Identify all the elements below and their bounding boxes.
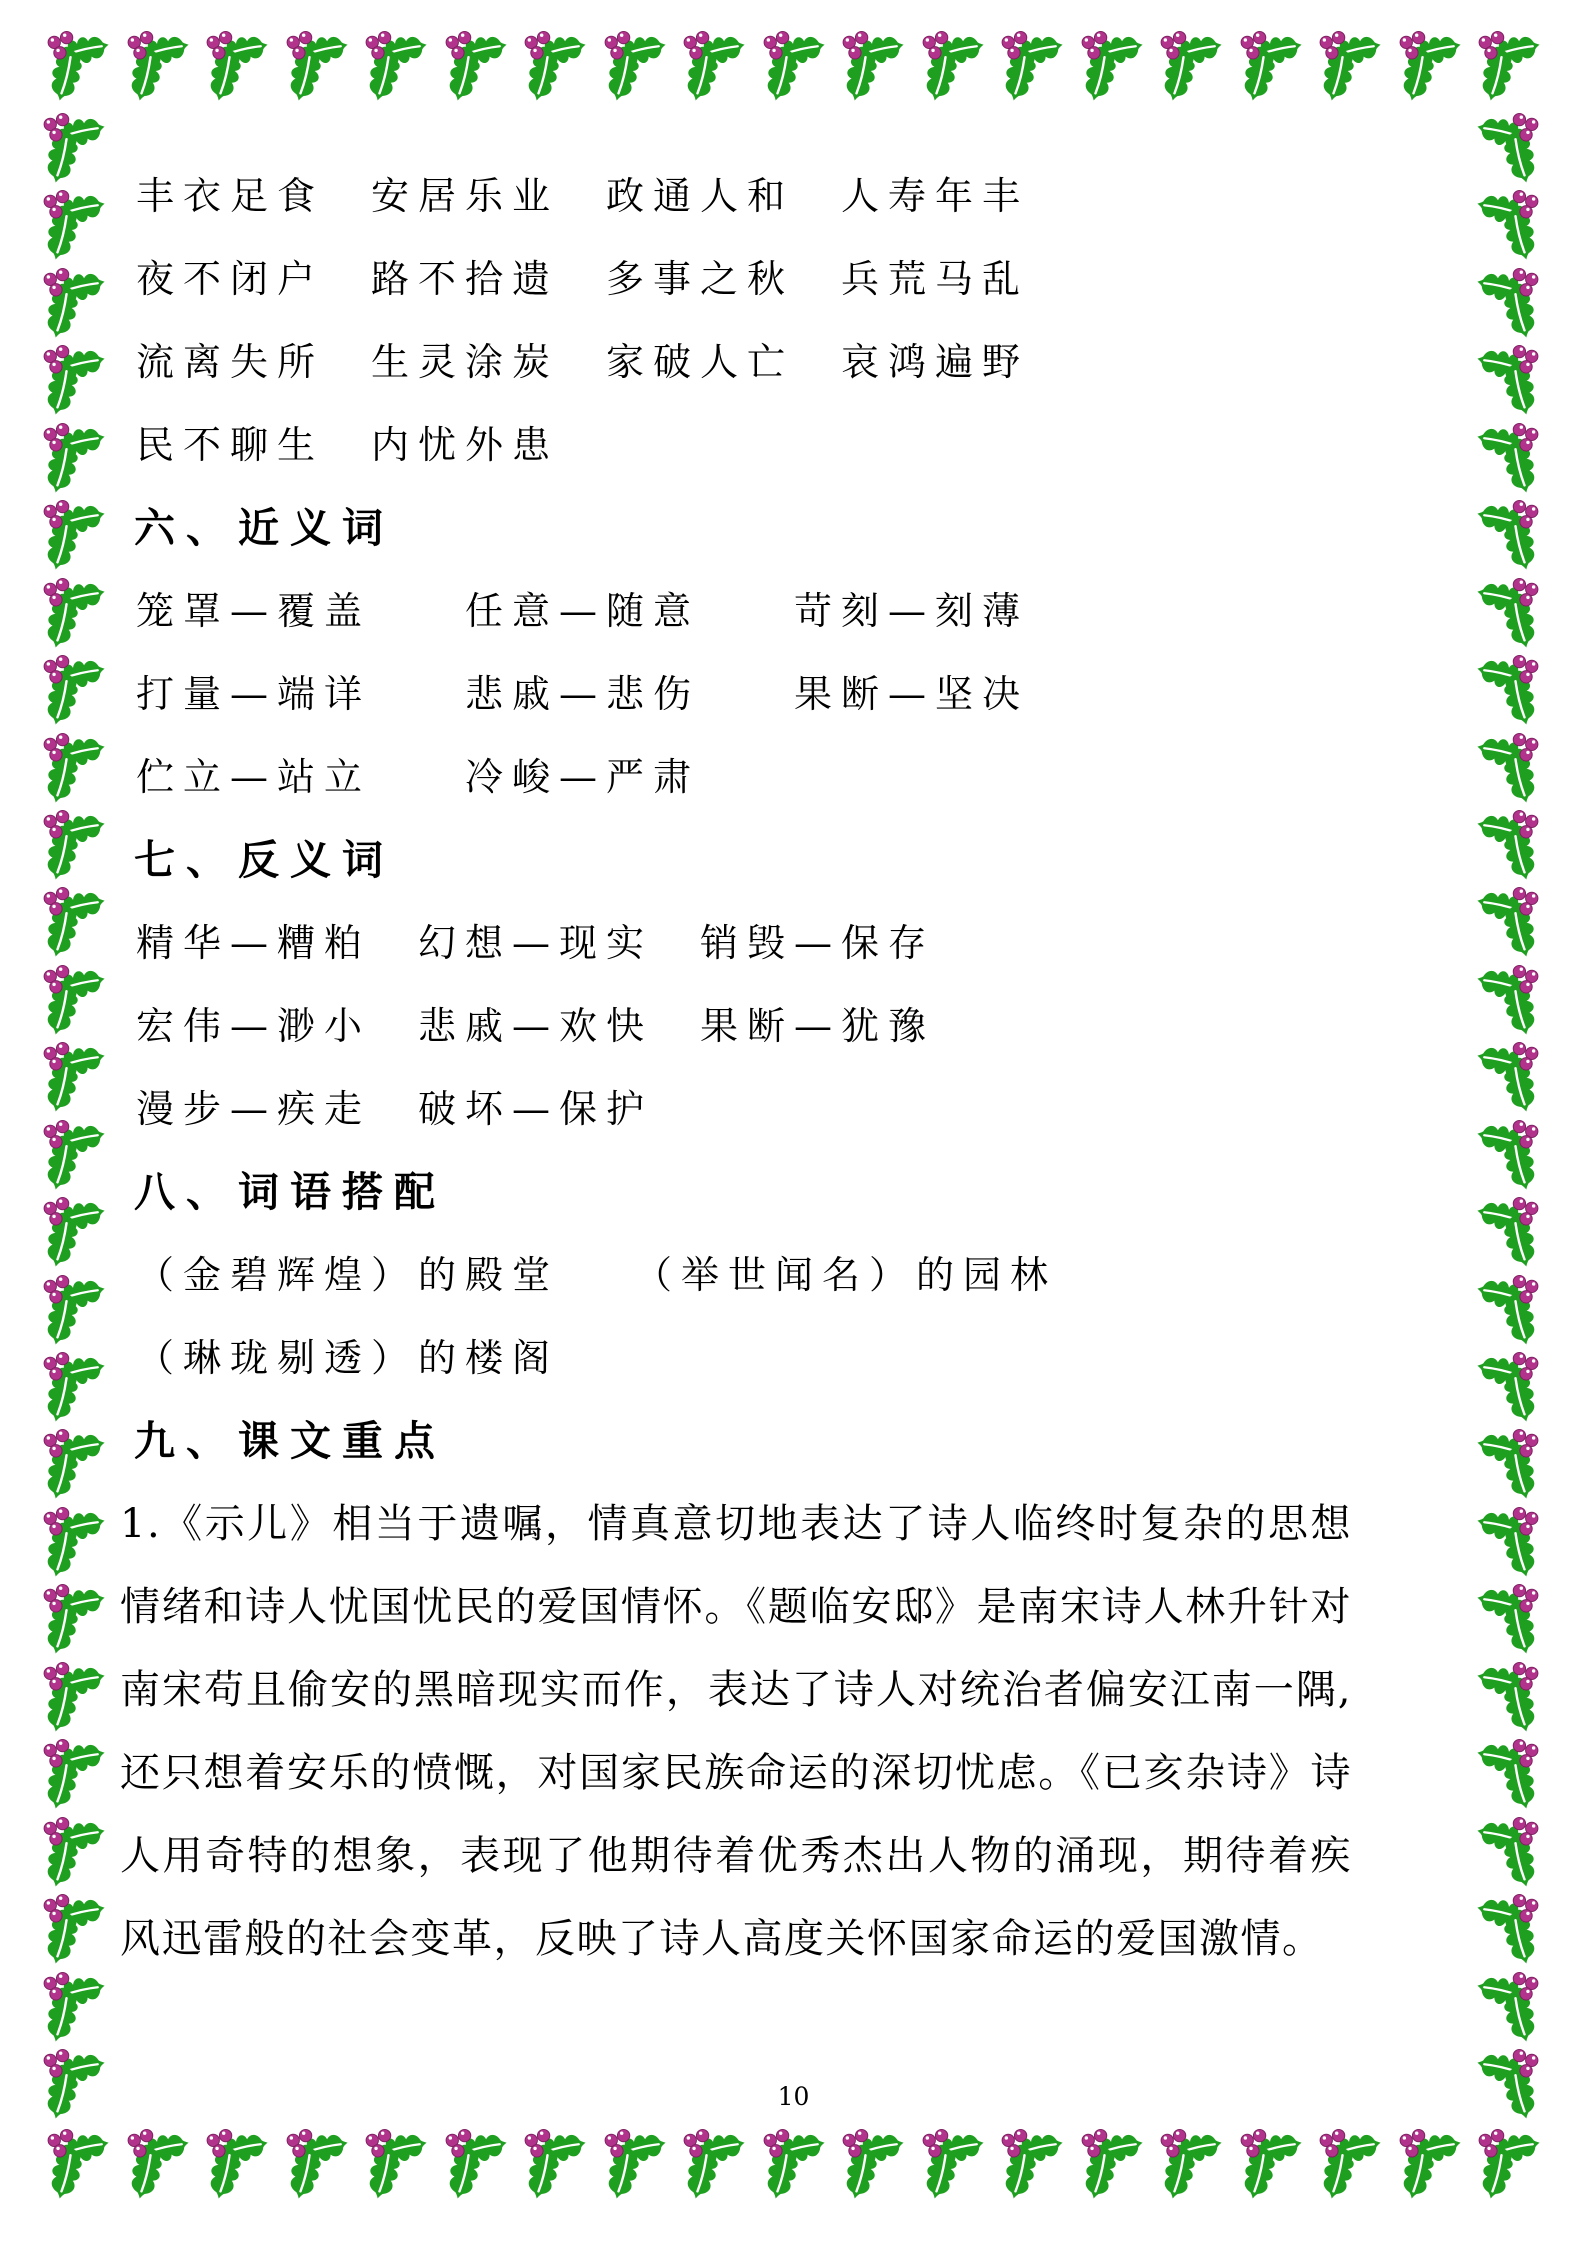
holly-border-left	[36, 112, 116, 2124]
holly-icon	[835, 2128, 911, 2204]
holly-icon	[36, 1428, 112, 1504]
holly-icon	[1470, 577, 1546, 653]
holly-icon	[279, 2128, 355, 2204]
holly-icon	[36, 886, 112, 962]
holly-icon	[756, 30, 832, 106]
holly-icon	[36, 1274, 112, 1350]
holly-icon	[1470, 112, 1546, 188]
holly-icon	[1470, 189, 1546, 265]
holly-icon	[36, 654, 112, 730]
holly-icon	[1153, 2128, 1229, 2204]
holly-icon	[40, 2128, 116, 2204]
holly-icon	[517, 30, 593, 106]
holly-icon	[36, 1893, 112, 1969]
holly-icon	[358, 2128, 434, 2204]
holly-icon	[1470, 654, 1546, 730]
holly-icon	[994, 30, 1070, 106]
idiom-line: 民不聊生 内忧外患	[120, 404, 1352, 487]
holly-icon	[36, 1738, 112, 1814]
antonym-line: 精华—糟粕 幻想—现实 销毁—保存	[120, 902, 1352, 985]
holly-icon	[36, 1119, 112, 1195]
holly-icon	[36, 1196, 112, 1272]
synonym-line: 打量—端详 悲戚—悲伤 果断—坚决	[120, 653, 1352, 736]
holly-icon	[1470, 422, 1546, 498]
holly-icon	[199, 30, 275, 106]
collocation-line: （琳珑剔透）的楼阁	[120, 1317, 1352, 1400]
holly-icon	[279, 30, 355, 106]
holly-icon	[1074, 2128, 1150, 2204]
holly-icon	[1074, 30, 1150, 106]
holly-icon	[756, 2128, 832, 2204]
holly-icon	[676, 30, 752, 106]
holly-icon	[1470, 499, 1546, 575]
holly-icon	[120, 2128, 196, 2204]
holly-icon	[1312, 30, 1388, 106]
holly-icon	[676, 2128, 752, 2204]
holly-icon	[36, 499, 112, 575]
holly-icon	[40, 30, 116, 106]
holly-icon	[915, 30, 991, 106]
holly-icon	[1153, 30, 1229, 106]
holly-icon	[1470, 1971, 1546, 2047]
section-heading-collocations: 八、词语搭配	[120, 1151, 1352, 1234]
holly-icon	[1392, 30, 1468, 106]
holly-icon	[36, 1971, 112, 2047]
holly-icon	[36, 1351, 112, 1427]
holly-icon	[1470, 1041, 1546, 1117]
page-number: 10	[0, 2082, 1587, 2111]
holly-icon	[1470, 732, 1546, 808]
collocation-line: （金碧辉煌）的殿堂 （举世闻名）的园林	[120, 1234, 1352, 1317]
holly-icon	[36, 1506, 112, 1582]
synonym-line: 伫立—站立 冷峻—严肃	[120, 736, 1352, 819]
holly-icon	[1470, 1119, 1546, 1195]
holly-icon	[1470, 809, 1546, 885]
antonym-line: 宏伟—渺小 悲戚—欢快 果断—犹豫	[120, 985, 1352, 1068]
holly-icon	[36, 344, 112, 420]
holly-icon	[1470, 886, 1546, 962]
idiom-line: 流离失所 生灵涂炭 家破人亡 哀鸿遍野	[120, 321, 1352, 404]
antonym-line: 漫步—疾走 破坏—保护	[120, 1068, 1352, 1151]
holly-icon	[36, 112, 112, 188]
holly-border-right	[1470, 112, 1550, 2124]
holly-icon	[36, 1041, 112, 1117]
holly-icon	[1470, 1428, 1546, 1504]
holly-icon	[1470, 1893, 1546, 1969]
holly-icon	[36, 732, 112, 808]
synonym-line: 笼罩—覆盖 任意—随意 苛刻—刻薄	[120, 570, 1352, 653]
holly-border-top	[40, 30, 1547, 110]
holly-icon	[358, 30, 434, 106]
holly-icon	[517, 2128, 593, 2204]
holly-icon	[36, 267, 112, 343]
holly-icon	[36, 1583, 112, 1659]
holly-icon	[1471, 30, 1547, 106]
holly-icon	[1312, 2128, 1388, 2204]
holly-icon	[1233, 2128, 1309, 2204]
holly-icon	[1392, 2128, 1468, 2204]
holly-icon	[1470, 1196, 1546, 1272]
idiom-line: 夜不闭户 路不拾遗 多事之秋 兵荒马乱	[120, 238, 1352, 321]
holly-icon	[1470, 267, 1546, 343]
holly-icon	[1470, 1583, 1546, 1659]
holly-icon	[1470, 1816, 1546, 1892]
holly-icon	[438, 2128, 514, 2204]
document-content: 丰衣足食 安居乐业 政通人和 人寿年丰 夜不闭户 路不拾遗 多事之秋 兵荒马乱 …	[120, 155, 1352, 1981]
holly-icon	[36, 422, 112, 498]
holly-icon	[120, 30, 196, 106]
key-points-paragraph: 1.《示儿》相当于遗嘱，情真意切地表达了诗人临终时复杂的思想情绪和诗人忧国忧民的…	[120, 1483, 1352, 1981]
holly-icon	[597, 2128, 673, 2204]
holly-border-bottom	[40, 2128, 1547, 2208]
holly-icon	[994, 2128, 1070, 2204]
holly-icon	[1470, 964, 1546, 1040]
holly-icon	[1470, 344, 1546, 420]
idiom-line: 丰衣足食 安居乐业 政通人和 人寿年丰	[120, 155, 1352, 238]
section-heading-antonyms: 七、反义词	[120, 819, 1352, 902]
holly-icon	[1470, 1351, 1546, 1427]
holly-icon	[915, 2128, 991, 2204]
holly-icon	[1470, 1661, 1546, 1737]
holly-icon	[36, 189, 112, 265]
holly-icon	[36, 809, 112, 885]
holly-icon	[36, 964, 112, 1040]
holly-icon	[597, 30, 673, 106]
holly-icon	[835, 30, 911, 106]
holly-icon	[36, 577, 112, 653]
holly-icon	[438, 30, 514, 106]
holly-icon	[1470, 1738, 1546, 1814]
holly-icon	[1471, 2128, 1547, 2204]
holly-icon	[1470, 1274, 1546, 1350]
holly-icon	[36, 1661, 112, 1737]
section-heading-synonyms: 六、近义词	[120, 487, 1352, 570]
holly-icon	[1233, 30, 1309, 106]
holly-icon	[199, 2128, 275, 2204]
holly-icon	[1470, 1506, 1546, 1582]
worksheet-page: 丰衣足食 安居乐业 政通人和 人寿年丰 夜不闭户 路不拾遗 多事之秋 兵荒马乱 …	[0, 0, 1587, 2245]
holly-icon	[36, 1816, 112, 1892]
section-heading-key-points: 九、课文重点	[120, 1400, 1352, 1483]
